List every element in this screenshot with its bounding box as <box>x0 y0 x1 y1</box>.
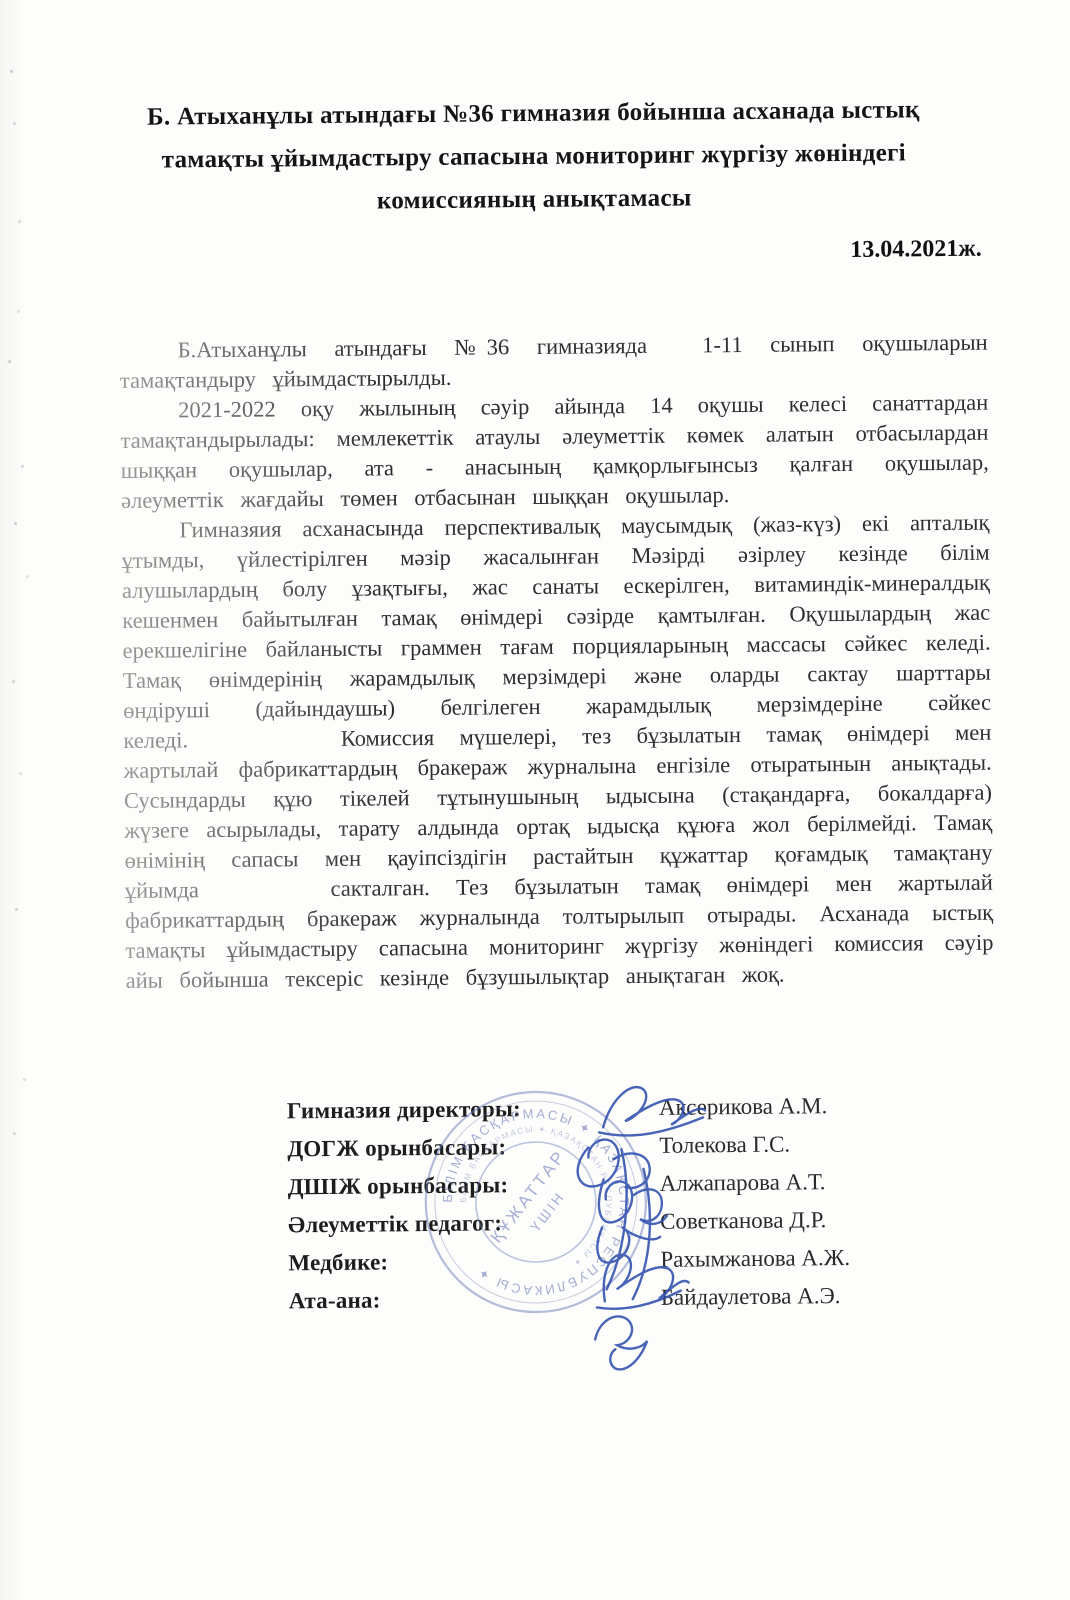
signature-row: ДОГЖ орынбасары: Толекова Г.С. <box>287 1130 947 1174</box>
document-body: Б.Атыханұлы атындағы №36 гимназияда 1-11… <box>120 328 994 996</box>
signature-name: Рахымжанова А.Ж. <box>660 1245 850 1273</box>
scanned-document-page: Б. Атыханұлы атындағы №36 гимназия бойын… <box>0 0 1070 1600</box>
signature-row: ДШІЖ орынбасары: Алжапарова А.Т. <box>288 1168 948 1212</box>
signature-row: Ата-ана: Байдаулетова А.Э. <box>289 1282 949 1326</box>
signature-label: ДОГЖ орынбасары: <box>287 1133 659 1163</box>
signature-row: Әлеуметтік педагог: Советканова Д.Р. <box>288 1206 948 1250</box>
document-date: 13.04.2021ж. <box>120 236 982 271</box>
paragraph: 2021-2022 оқу жылының сәуір айында 14 оқ… <box>120 388 989 516</box>
signature-name: Байдаулетова А.Э. <box>661 1283 841 1311</box>
document-content: Б. Атыханұлы атындағы №36 гимназия бойын… <box>0 0 1070 1600</box>
signature-label: Әлеуметтік педагог: <box>288 1209 660 1239</box>
signature-name: Толекова Г.С. <box>659 1132 790 1159</box>
title-line: комиссияның анықтамасы <box>99 174 969 225</box>
signature-label: Ата-ана: <box>289 1285 661 1315</box>
paragraph: Б.Атыханұлы атындағы №36 гимназияда 1-11… <box>120 328 989 396</box>
signature-name: Аксерикова А.М. <box>659 1093 828 1121</box>
signature-label: Медбике: <box>288 1247 660 1277</box>
signature-name: Советканова Д.Р. <box>660 1207 827 1235</box>
signature-label: Гимназия директоры: <box>287 1095 659 1125</box>
signature-block: Гимназия директоры: Аксерикова А.М. ДОГЖ… <box>287 1092 949 1326</box>
title-line: тамақты ұйымдастыру сапасына мониторинг … <box>99 131 969 182</box>
paragraph: Гимназяия асханасында перспективалық мау… <box>121 508 994 996</box>
document-title: Б. Атыханұлы атындағы №36 гимназия бойын… <box>98 88 969 225</box>
signature-row: Гимназия директоры: Аксерикова А.М. <box>287 1092 947 1136</box>
signature-stroke <box>595 1316 648 1369</box>
signature-name: Алжапарова А.Т. <box>660 1169 826 1197</box>
signature-row: Медбике: Рахымжанова А.Ж. <box>288 1244 948 1288</box>
signature-label: ДШІЖ орынбасары: <box>288 1171 660 1201</box>
